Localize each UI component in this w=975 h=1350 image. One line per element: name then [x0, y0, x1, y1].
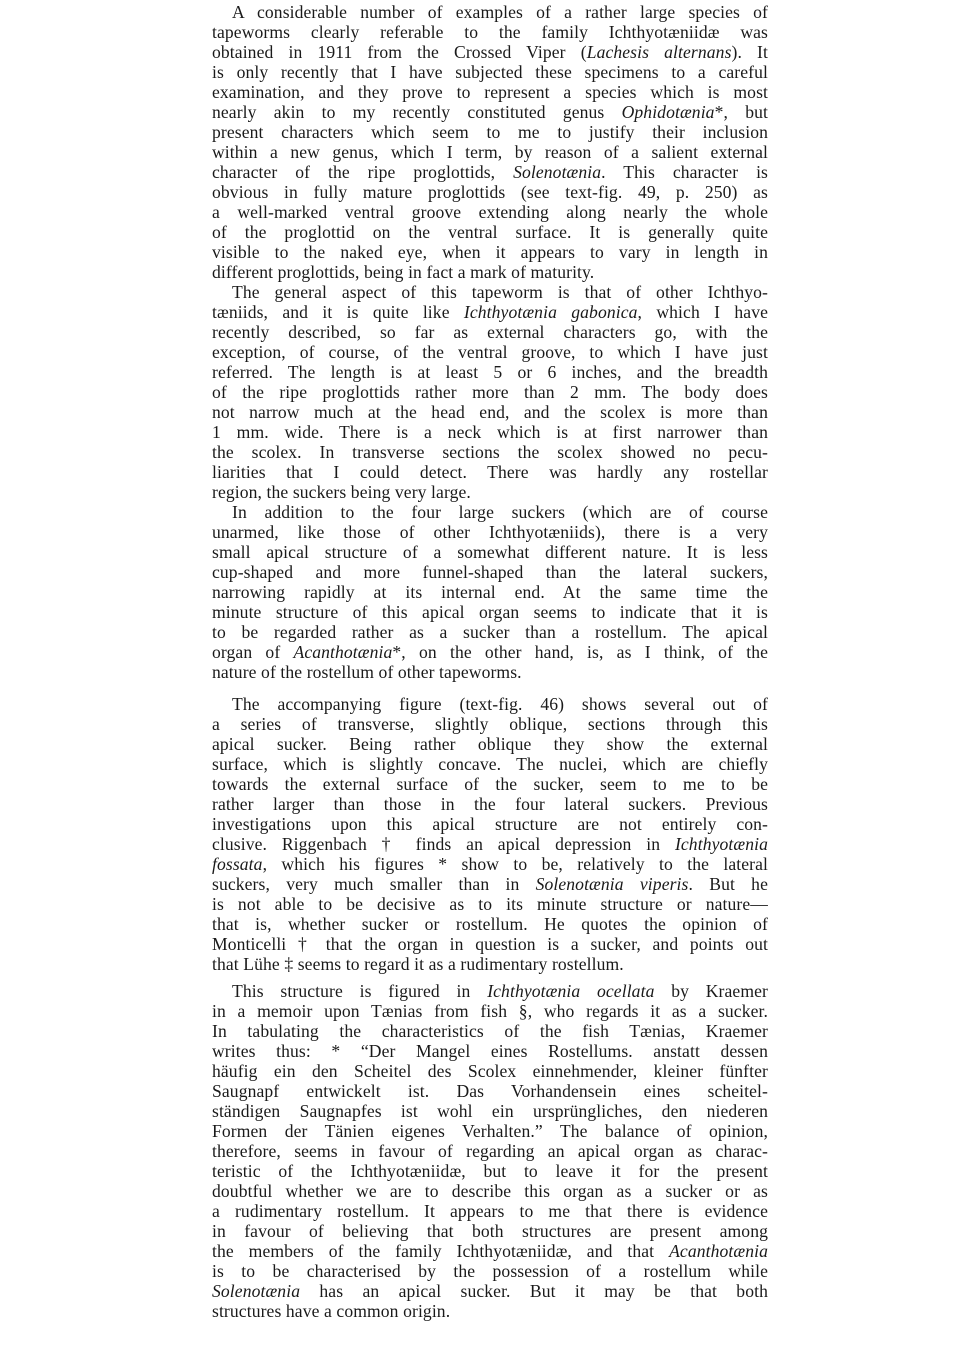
text-line: is not able to be decisive as to its min… — [212, 894, 768, 914]
text-line: that is, whether sucker or rostellum. He… — [212, 914, 768, 934]
text-line: investigations upon this apical structur… — [212, 814, 768, 834]
text-line: character of the ripe proglottids, Solen… — [212, 162, 768, 182]
text-line: visible to the naked eye, when it appear… — [212, 242, 768, 262]
text-line: small apical structure of a somewhat dif… — [212, 542, 768, 562]
text-line: unarmed, like those of other Ichthyotæni… — [212, 522, 768, 542]
text-line: fossata, which his figures * show to be,… — [212, 854, 768, 874]
text-line: In tabulating the characteristics of the… — [212, 1021, 768, 1041]
text-line: is to be characterised by the possession… — [212, 1261, 768, 1281]
text-line: of the proglottid on the ventral surface… — [212, 222, 768, 242]
text-line: referred. The length is at least 5 or 6 … — [212, 362, 768, 382]
text-line: the scolex. In transverse sections the s… — [212, 442, 768, 462]
text-line: structures have a common origin. — [212, 1301, 768, 1321]
text-line: examination, and they prove to represent… — [212, 82, 768, 102]
text-line: This structure is figured in Ichthyotæni… — [212, 981, 768, 1001]
text-line: to be regarded rather as a sucker than a… — [212, 622, 768, 642]
text-line: Saugnapf entwickelt ist. Das Vorhandense… — [212, 1081, 768, 1101]
italic-term: Lachesis alternans — [587, 42, 732, 62]
text-line: not narrow much at the head end, and the… — [212, 402, 768, 422]
text-line: nearly akin to my recently constituted g… — [212, 102, 768, 122]
text-line: the members of the family Ichthyotæniidæ… — [212, 1241, 768, 1261]
text-line: obvious in fully mature proglottids (see… — [212, 182, 768, 202]
text-line: obtained in 1911 from the Crossed Viper … — [212, 42, 768, 62]
text-line: häufig ein den Scheitel des Scolex einne… — [212, 1061, 768, 1081]
text-line: tapeworms clearly referable to the famil… — [212, 22, 768, 42]
text-line: suckers, very much smaller than in Solen… — [212, 874, 768, 894]
text-line: in a memoir upon Tænias from fish §, who… — [212, 1001, 768, 1021]
text-line: therefore, seems in favour of regarding … — [212, 1141, 768, 1161]
text-line: different proglottids, being in fact a m… — [212, 262, 768, 282]
text-line: a rudimentary rostellum. It appears to m… — [212, 1201, 768, 1221]
text-line: recently described, so far as external c… — [212, 322, 768, 342]
text-line: narrowing rapidly at its internal end. A… — [212, 582, 768, 602]
text-line: Solenotænia has an apical sucker. But it… — [212, 1281, 768, 1301]
text-line: present characters which seem to me to j… — [212, 122, 768, 142]
text-line: The general aspect of this tapeworm is t… — [212, 282, 768, 302]
text-line: clusive. Riggenbach † finds an apical de… — [212, 834, 768, 854]
italic-term: Acanthotænia — [669, 1241, 768, 1261]
text-line: surface, which is slightly concave. The … — [212, 754, 768, 774]
italic-term: Ichthyotænia ocellata — [487, 981, 654, 1001]
text-line: In addition to the four large suckers (w… — [212, 502, 768, 522]
text-line: Monticelli † that the organ in question … — [212, 934, 768, 954]
text-line: within a new genus, which I term, by rea… — [212, 142, 768, 162]
text-line: The accompanying figure (text-fig. 46) s… — [212, 694, 768, 714]
text-line: rather larger than those in the four lat… — [212, 794, 768, 814]
italic-term: Acanthotænia — [293, 642, 392, 662]
text-line: is only recently that I have subjected t… — [212, 62, 768, 82]
italic-term: Ophidotænia — [622, 102, 715, 122]
text-line: ständigen Saugnapfes ist wohl ein ursprü… — [212, 1101, 768, 1121]
text-line: cup-shaped and more funnel-shaped than t… — [212, 562, 768, 582]
text-line: in favour of believing that both structu… — [212, 1221, 768, 1241]
text-line: writes thus: * “Der Mangel eines Rostell… — [212, 1041, 768, 1061]
text-line: organ of Acanthotænia*, on the other han… — [212, 642, 768, 662]
text-line: apical sucker. Being rather oblique they… — [212, 734, 768, 754]
italic-term: fossata — [212, 854, 263, 874]
text-line: tæniids, and it is quite like Ichthyotæn… — [212, 302, 768, 322]
text-line: exception, of course, of the ventral gro… — [212, 342, 768, 362]
text-line: A considerable number of examples of a r… — [212, 2, 768, 22]
italic-term: Ichthyotænia gabonica — [464, 302, 638, 322]
text-line: liarities that I could detect. There was… — [212, 462, 768, 482]
text-line: doubtful whether we are to describe this… — [212, 1181, 768, 1201]
text-line: teristic of the Ichthyotæniidæ, but to l… — [212, 1161, 768, 1181]
text-line: 1 mm. wide. There is a neck which is at … — [212, 422, 768, 442]
text-line: nature of the rostellum of other tapewor… — [212, 662, 768, 682]
italic-term: Solenotænia viperis — [536, 874, 689, 894]
text-line: a well-marked ventral groove extending a… — [212, 202, 768, 222]
text-line: of the ripe proglottids rather more than… — [212, 382, 768, 402]
text-line: minute structure of this apical organ se… — [212, 602, 768, 622]
italic-term: Ichthyotænia — [675, 834, 768, 854]
text-line: Formen der Tänien eigenes Verhalten.” Th… — [212, 1121, 768, 1141]
text-line: a series of transverse, slightly oblique… — [212, 714, 768, 734]
text-line: region, the suckers being very large. — [212, 482, 768, 502]
italic-term: Solenotænia — [212, 1281, 300, 1301]
text-line: towards the external surface of the suck… — [212, 774, 768, 794]
text-line: that Lühe ‡ seems to regard it as a rudi… — [212, 954, 768, 974]
italic-term: Solenotænia — [513, 162, 601, 182]
